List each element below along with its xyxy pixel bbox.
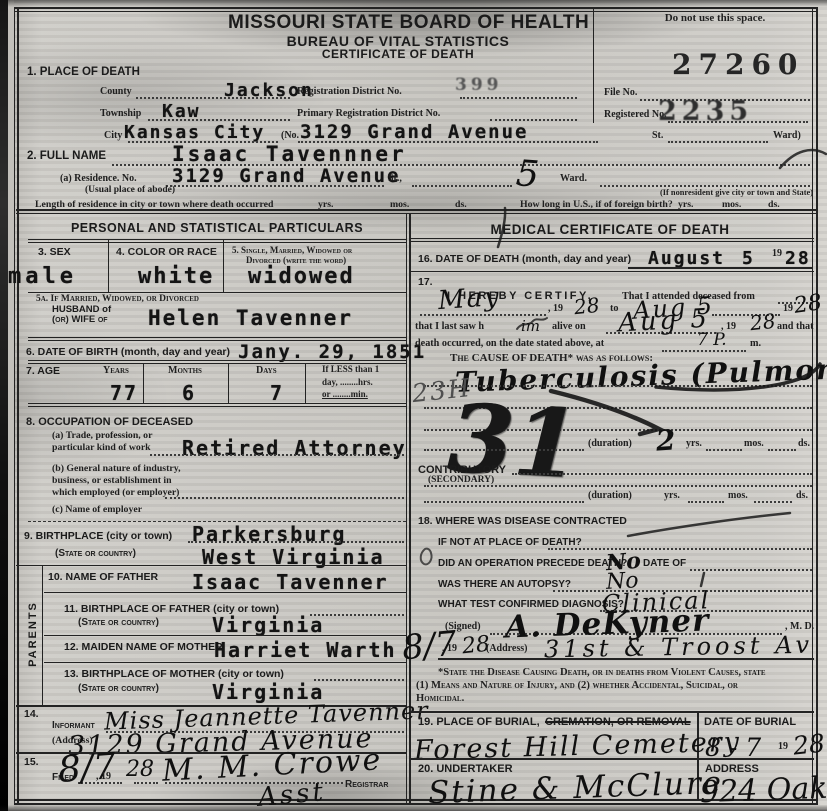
sex-row-rule <box>28 292 406 293</box>
father-bp-value: Virginia <box>212 613 324 637</box>
residence-dots-1 <box>166 184 384 187</box>
mid-rule-2 <box>16 213 816 214</box>
ward-label: Ward) <box>773 130 801 141</box>
dob-rule-1 <box>28 360 406 361</box>
age-years-value: 77 <box>110 381 138 405</box>
item14-label: 14. <box>24 708 39 720</box>
burial-label: 19. PLACE OF BURIAL, <box>418 716 540 728</box>
undertaker-address-value: 924 Oak <box>699 771 827 810</box>
occupation-a-line2: particular kind of work <box>52 442 151 453</box>
father-bp-rule <box>44 635 406 636</box>
birthplace-dots <box>188 540 404 543</box>
township-dots <box>148 118 290 121</box>
duration1-mos: mos. <box>744 438 764 449</box>
printed-19-b: 19 <box>783 303 793 314</box>
county-dots <box>136 96 290 99</box>
death-certificate-scan: MISSOURI STATE BOARD OF HEALTH BUREAU OF… <box>0 0 827 811</box>
date-of-death-month: August <box>648 248 725 269</box>
marital-label-1: 5. Single, Married, Widowed or <box>232 245 352 255</box>
personal-header-rule-1 <box>28 239 406 240</box>
occupation-b-line3: which employed (or employer) <box>52 487 179 498</box>
registration-district-stamp: 399 <box>455 75 503 95</box>
age-label: 7. AGE <box>26 365 60 377</box>
form-title-line3: CERTIFICATE OF DEATH <box>228 47 568 61</box>
assistant-note: Asst <box>257 777 327 811</box>
burial-place-value: Forest Hill Cemetery <box>414 727 742 767</box>
date-of-death-day: 5 <box>742 248 755 269</box>
registration-district-dots <box>460 96 577 99</box>
birthplace-label: 9. BIRTHPLACE (city or town) <box>24 530 172 542</box>
and-that-label: and that <box>777 321 814 332</box>
full-name-label: 2. FULL NAME <box>27 150 106 162</box>
m-label: m. <box>750 338 761 349</box>
duration1-dots-3 <box>768 448 796 451</box>
sex-value: male <box>8 264 77 289</box>
personal-section-header: PERSONAL AND STATISTICAL PARTICULARS <box>30 221 404 235</box>
duration2-dots <box>424 500 584 503</box>
mother-state-label: (State or country) <box>78 683 159 694</box>
burial-bottom-rule <box>410 758 814 760</box>
registered-no-value: 2235 <box>658 96 753 127</box>
item17-label: 17. <box>418 276 433 288</box>
filed-year-value: 28 <box>126 757 154 782</box>
pen-stroke-autopsy-tick <box>701 573 704 586</box>
burial-struck-label: CREMATION, OR REMOVAL <box>545 716 691 728</box>
border-right-2 <box>816 7 818 804</box>
signed-address-label: (Address) <box>486 643 527 654</box>
mid-rule-1 <box>16 209 816 211</box>
age-months-value: 6 <box>182 381 196 405</box>
item15-label: 15. <box>24 756 39 768</box>
file-no-label: File No. <box>604 87 637 98</box>
pen-stroke-operation-o <box>421 549 432 565</box>
last-saw-him: im <box>521 317 540 335</box>
father-rule <box>44 592 406 593</box>
mother-label: 12. MAIDEN NAME OF MOTHER <box>64 641 223 653</box>
parents-bracket <box>42 565 43 705</box>
scan-top-smudge <box>0 0 827 7</box>
signed-address-rule <box>438 658 814 660</box>
age-box-divider-3 <box>305 363 306 404</box>
personal-header-rule-2 <box>28 242 406 243</box>
occupation-b-line2: business, or establishment in <box>52 475 172 486</box>
footnote-line2: (1) Means and Nature of Injury, and (2) … <box>416 680 738 691</box>
duration1-yrs: yrs. <box>686 438 702 449</box>
mother-value: Harriet Warth <box>214 638 397 662</box>
scan-left-edge <box>0 0 8 811</box>
if-less-line3: or ........min. <box>322 389 368 399</box>
border-right-1 <box>812 7 813 804</box>
mother-rule <box>44 662 406 663</box>
duration2-label: (duration) <box>588 490 632 501</box>
father-value: Isaac Tavenner <box>192 570 389 594</box>
medical-header-rule-1 <box>410 238 814 239</box>
year-b-value: 28 <box>792 290 823 319</box>
birthplace-state-label: (State or country) <box>55 548 136 559</box>
year-c-value: 28 <box>749 309 777 336</box>
birthplace-rule <box>16 565 406 566</box>
filed-19-label: , 19 <box>96 771 111 782</box>
age-box-divider-1 <box>143 363 144 404</box>
mother-bp-label: 13. BIRTHPLACE OF MOTHER (city or town) <box>64 668 284 680</box>
death-time-value: 7 P. <box>697 330 727 350</box>
abode-note: (Usual place of abode) <box>85 185 175 195</box>
border-left-2 <box>17 7 19 804</box>
certify-dots-2 <box>420 313 546 316</box>
last-saw-label: that I last saw h <box>415 321 484 332</box>
occupation-a-dots <box>150 453 404 456</box>
duration2-dots-2 <box>688 500 724 503</box>
date-of-death-underline <box>628 267 812 269</box>
spouse-value: Helen Tavenner <box>148 306 353 330</box>
if-not-dots <box>548 547 812 550</box>
contributory-dots-2 <box>424 484 812 487</box>
color-race-value: white <box>138 264 214 289</box>
alive-on-label: alive on <box>552 321 586 332</box>
age-months-label: Months <box>168 365 202 376</box>
date-of-burial-label: DATE OF BURIAL <box>704 716 796 728</box>
age-rule-2 <box>28 406 406 407</box>
duration1-ds: ds. <box>798 438 810 449</box>
date-of-death-label: 16. DATE OF DEATH (month, day and year) <box>418 253 631 265</box>
border-left-1 <box>14 7 15 804</box>
occupation-a-value: Retired Attorney <box>182 436 407 460</box>
form-title-line1: MISSOURI STATE BOARD OF HEALTH <box>228 12 568 34</box>
item18-label: 18. WHERE WAS DISEASE CONTRACTED <box>418 515 627 527</box>
township-label: Township <box>100 108 141 119</box>
father-state-label: (State or country) <box>78 617 159 628</box>
contributory-dots <box>512 472 812 475</box>
occupation-b-dots <box>165 496 404 499</box>
filed-dots-2 <box>134 781 158 784</box>
certificate-number: 27260 <box>672 48 804 81</box>
occupation-a-line1: (a) Trade, profession, or <box>52 430 152 441</box>
duration2-ds: ds. <box>796 490 808 501</box>
occupation-c-label: (c) Name of employer <box>52 504 142 515</box>
informant-label: Informant <box>52 720 95 731</box>
do-not-use-label: Do not use this space. <box>635 12 795 24</box>
age-days-value: 7 <box>270 381 284 405</box>
city-label: City <box>104 130 122 141</box>
residence-dots-2 <box>412 184 512 187</box>
item5a-label: 5a. If Married, Widowed, or Divorced <box>36 294 199 304</box>
age-years-label: Years <box>103 365 129 376</box>
if-less-line2: day, ........hrs. <box>322 377 373 387</box>
footnote-line3: Homicidal. <box>416 693 464 704</box>
dob-label: 6. DATE OF BIRTH (month, day and year) <box>26 346 230 358</box>
medical-section-header: MEDICAL CERTIFICATE OF DEATH <box>455 222 765 237</box>
date-of-label: DATE OF <box>643 558 686 569</box>
border-top-1 <box>14 7 818 9</box>
date-of-death-19: 19 <box>772 248 782 259</box>
parents-vertical-label: PARENTS <box>27 569 39 699</box>
nonresident-note: (If nonresident give city or town and St… <box>660 188 813 197</box>
if-less-line1: If LESS than 1 <box>322 364 379 374</box>
age-rule-1 <box>28 403 406 404</box>
duration1-value: 2 <box>655 423 677 457</box>
burial-printed-19: 19 <box>778 741 788 752</box>
color-race-label: 4. COLOR OR RACE <box>116 246 217 258</box>
border-bottom-2 <box>14 803 818 805</box>
father-label: 10. NAME OF FATHER <box>48 571 158 583</box>
age-days-label: Days <box>256 365 277 376</box>
st-dots <box>668 140 768 143</box>
death-occurred-label: death occurred, on the date stated above… <box>415 338 604 349</box>
sex-box-divider-2 <box>223 240 224 292</box>
occupation-b-line1: (b) General nature of industry, <box>52 463 181 474</box>
residence-label: (a) Residence. No. <box>60 173 137 184</box>
occupation-label: 8. OCCUPATION OF DECEASED <box>26 416 193 428</box>
duration1-dots <box>424 448 584 451</box>
pen-stroke-if-not <box>628 513 790 536</box>
filed-date-value: 8/7 <box>57 746 118 791</box>
date-of-death-rule <box>410 271 814 272</box>
death-time-dots <box>662 349 746 352</box>
duration2-yrs: yrs. <box>664 490 680 501</box>
mother-bp-dots <box>314 678 404 681</box>
duration2-dots-3 <box>754 500 792 503</box>
sex-box-divider-1 <box>108 240 109 292</box>
st-label: St. <box>652 130 663 141</box>
wife-of-label: (or) WIFE of <box>52 314 108 325</box>
street-no-label: (No. <box>281 130 299 141</box>
comma-19-d: , 19 <box>442 643 457 654</box>
header-box-divider <box>593 7 594 123</box>
medical-header-rule-2 <box>410 241 814 242</box>
duration2-mos: mos. <box>728 490 748 501</box>
attended-from-value: May <box>437 282 502 316</box>
primary-registration-label: Primary Registration District No. <box>297 108 440 119</box>
place-of-death-label: 1. PLACE OF DEATH <box>27 66 140 78</box>
comma-19-a: , 19 <box>548 303 563 314</box>
ward-value-handwritten: 5 <box>515 153 541 195</box>
year-a-value: 28 <box>573 293 601 320</box>
item5a-rule-1 <box>28 337 406 338</box>
duration1-dots-2 <box>706 448 742 451</box>
operation-label: DID AN OPERATION PRECEDE DEATH? <box>438 558 627 569</box>
burial-year-value: 28 <box>792 728 827 760</box>
county-label: County <box>100 86 132 97</box>
residence-ward-label: Ward. <box>560 173 587 184</box>
autopsy-label: WAS THERE AN AUTOPSY? <box>438 579 571 590</box>
age-box-divider-2 <box>228 363 229 404</box>
marital-value: widowed <box>248 264 355 289</box>
registrar-label: Registrar <box>345 779 388 790</box>
date-of-death-year: 28 <box>785 248 811 269</box>
duration1-label: (duration) <box>588 438 632 449</box>
burial-top-rule <box>410 711 814 713</box>
footnote-line1: *State the Disease Causing Death, or in … <box>438 667 766 678</box>
residence-st-label: St., <box>388 173 402 184</box>
registration-district-label: Registration District No. <box>297 86 402 97</box>
sex-label: 3. SEX <box>38 246 71 258</box>
operation-dots <box>690 568 812 571</box>
residence-dots-3 <box>600 184 810 187</box>
